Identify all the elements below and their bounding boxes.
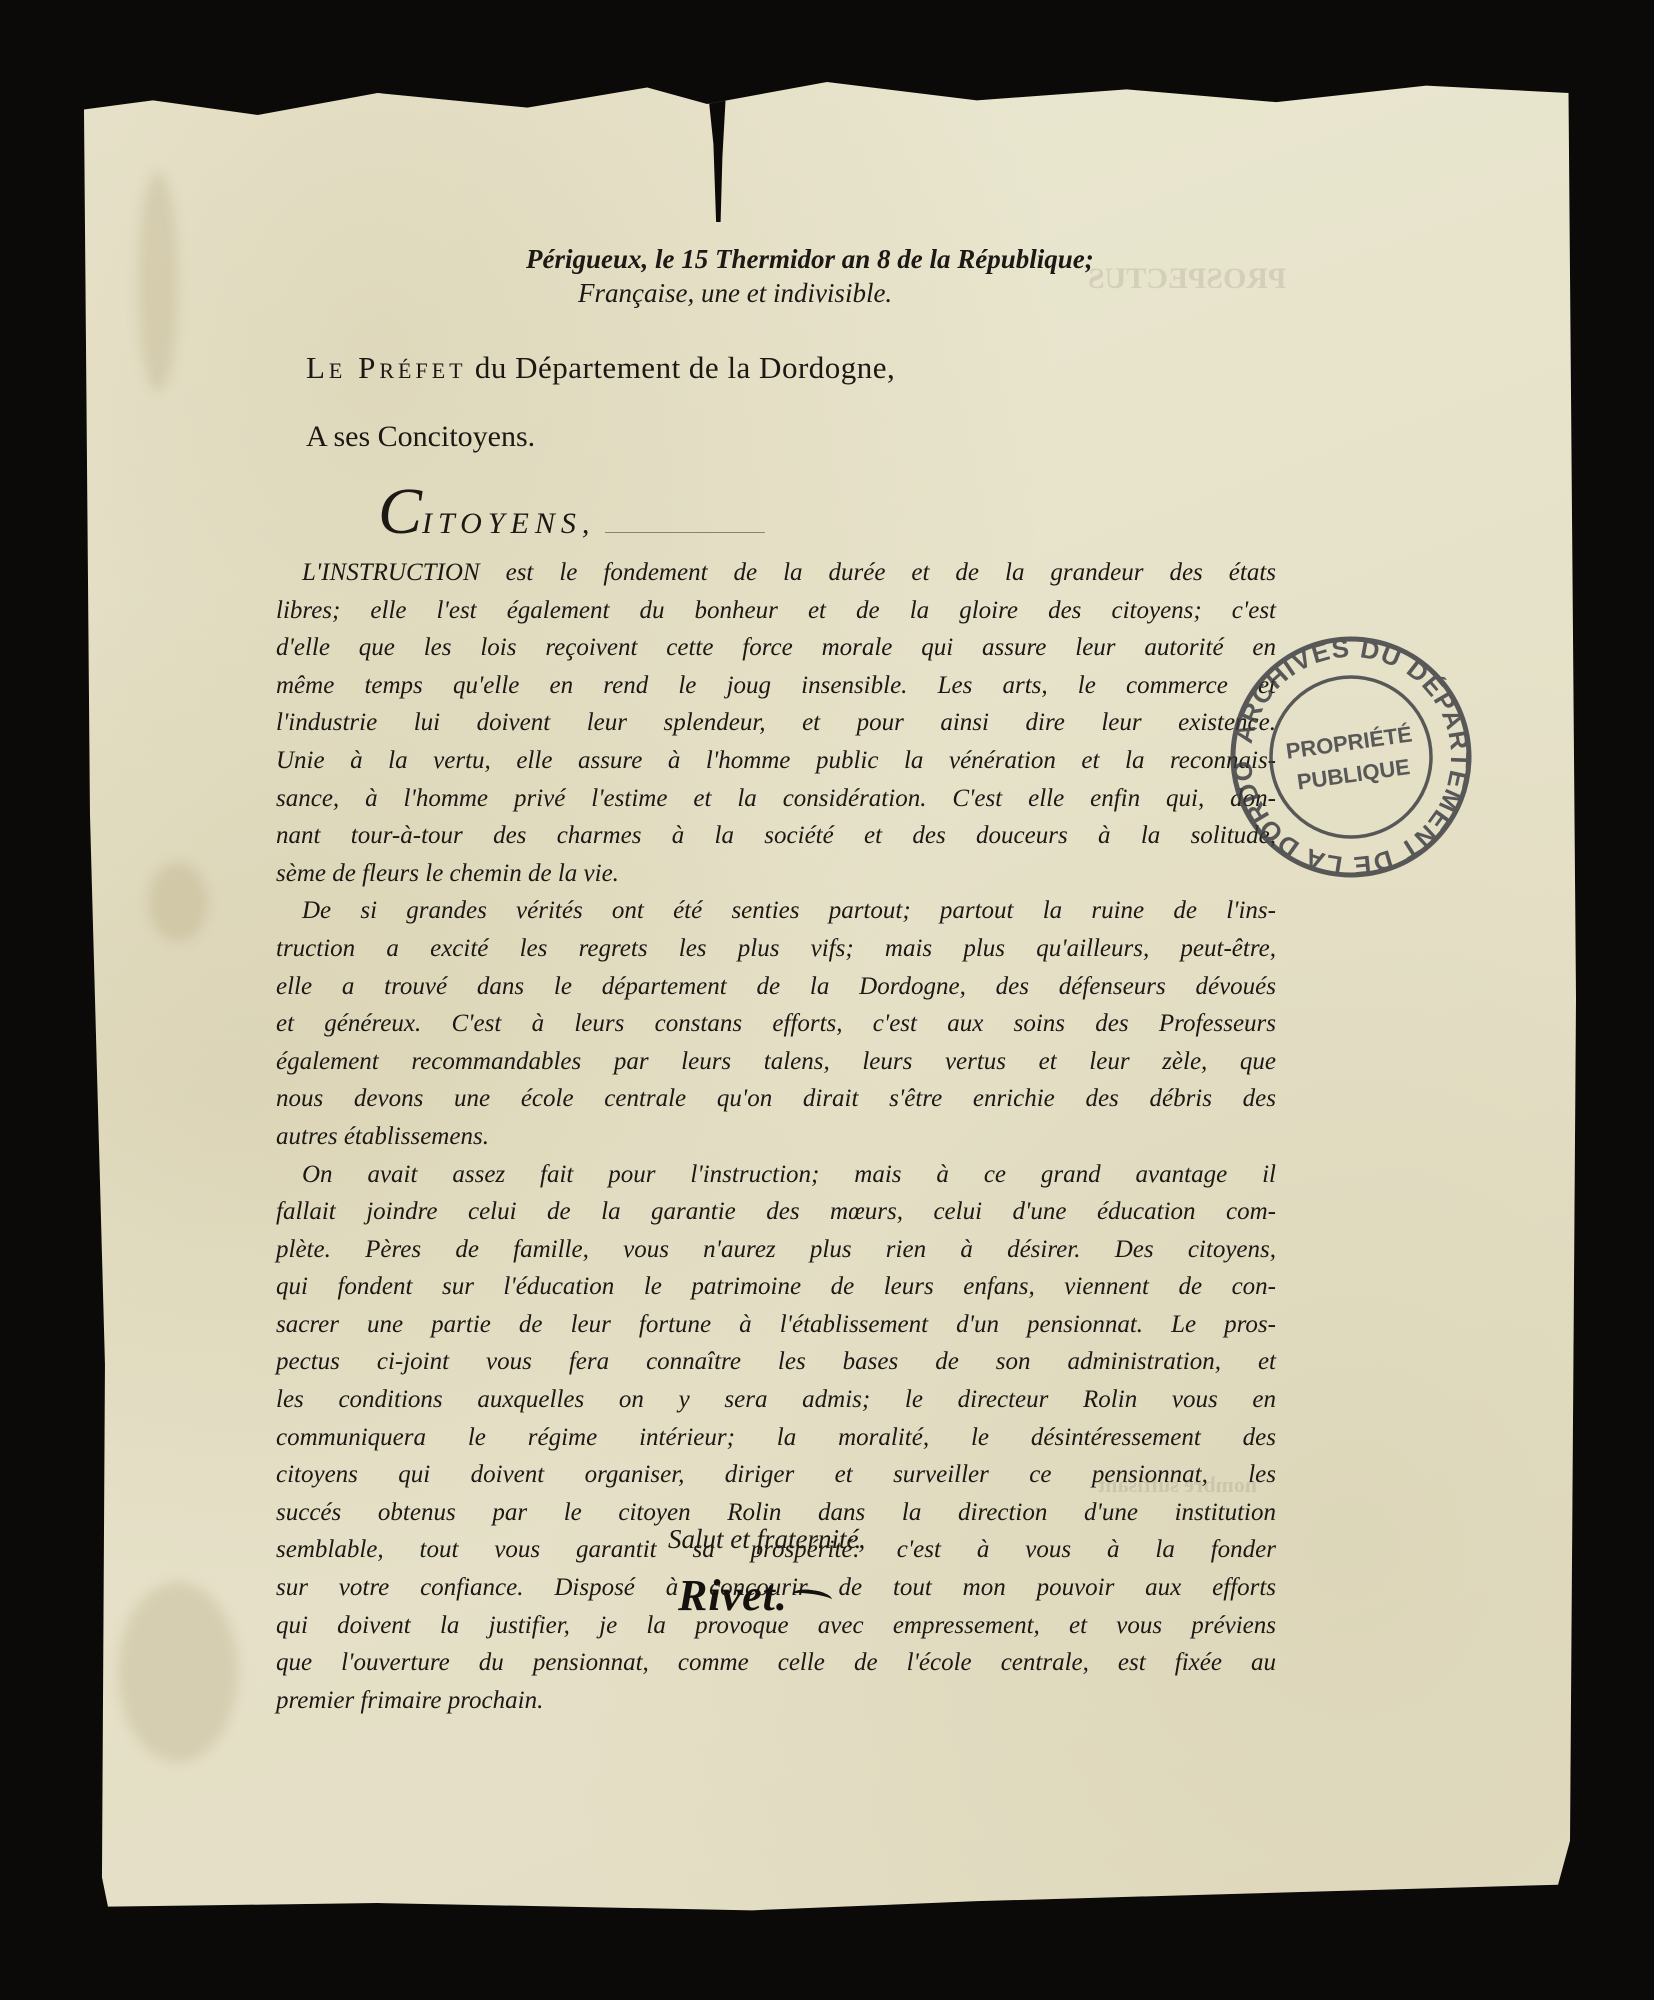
text-line: libres; elle l'est également du bonheur … — [276, 592, 1276, 630]
text-line: citoyens qui doivent organiser, diriger … — [276, 1456, 1276, 1494]
text-line: L'INSTRUCTION est le fondement de la dur… — [276, 554, 1276, 592]
text-line: sance, à l'homme privé l'estime et la co… — [276, 780, 1276, 818]
salutation: CITOYENS, — [378, 474, 765, 550]
salutation-rest: ITOYENS, — [422, 507, 595, 540]
salutation-initial: C — [378, 475, 422, 548]
text-line: fallait joindre celui de la garantie des… — [276, 1193, 1276, 1231]
text-line: les conditions auxquelles on y sera admi… — [276, 1381, 1276, 1419]
text-line: qui fondent sur l'éducation le patrimoin… — [276, 1268, 1276, 1306]
bleed-through-text: PROSPECTUS — [1088, 262, 1286, 296]
stamp-outer-text: ARCHIVES DU DÉPARTEMENT DE LA DORDOGNE - — [1226, 632, 1475, 881]
signature-text: Rivet. — [678, 1571, 788, 1620]
svg-text:ARCHIVES DU DÉPARTEMENT DE LA: ARCHIVES DU DÉPARTEMENT DE LA DORDOGNE - — [1226, 632, 1475, 881]
text-line: premier frimaire prochain. — [276, 1682, 1276, 1720]
text-line: communiquera le régime intérieur; la mor… — [276, 1419, 1276, 1457]
title-rest: du Département de la Dordogne, — [467, 350, 896, 385]
text-line: nant tour-à-tour des charmes à la sociét… — [276, 817, 1276, 855]
text-line: De si grandes vérités ont été senties pa… — [276, 892, 1276, 930]
text-line: même temps qu'elle en rend le joug insen… — [276, 667, 1276, 705]
signature: Rivet. — [678, 1570, 832, 1621]
dateline: Périgueux, le 15 Thermidor an 8 de la Ré… — [526, 242, 1094, 310]
text-line: On avait assez fait pour l'instruction; … — [276, 1156, 1276, 1194]
dateline-line1: Périgueux, le 15 Thermidor an 8 de la Ré… — [526, 244, 1085, 274]
water-stain — [138, 172, 178, 392]
text-line: sacrer une partie de leur fortune à l'ét… — [276, 1306, 1276, 1344]
title-smallcaps: Le Préfet — [306, 350, 467, 385]
decorative-rule — [605, 532, 765, 533]
paragraph-3: On avait assez fait pour l'instruction; … — [276, 1156, 1276, 1720]
text-line: plète. Pères de famille, vous n'aurez pl… — [276, 1231, 1276, 1269]
text-line: elle a trouvé dans le département de la … — [276, 968, 1276, 1006]
text-line: pectus ci-joint vous fera connaître les … — [276, 1343, 1276, 1381]
water-stain — [148, 862, 208, 942]
document-page: PROSPECTUS nombre suffisant Périgueux, l… — [78, 82, 1576, 1914]
addressee: A ses Concitoyens. — [306, 420, 535, 454]
document-title: Le Préfet du Département de la Dordogne, — [306, 350, 895, 386]
text-line: nous devons une école centrale qu'on dir… — [276, 1080, 1276, 1118]
paragraph-2: De si grandes vérités ont été senties pa… — [276, 892, 1276, 1155]
paper-tear — [708, 92, 726, 222]
archive-stamp: ARCHIVES DU DÉPARTEMENT DE LA DORDOGNE -… — [1226, 632, 1476, 882]
water-stain — [118, 1582, 238, 1762]
dateline-line2: Française, une et indivisible. — [526, 276, 1094, 310]
text-line: sème de fleurs le chemin de la vie. — [276, 855, 1276, 893]
text-line: d'elle que les lois reçoivent cette forc… — [276, 629, 1276, 667]
text-line: que l'ouverture du pensionnat, comme cel… — [276, 1644, 1276, 1682]
text-line: l'industrie lui doivent leur splendeur, … — [276, 704, 1276, 742]
text-line: autres établissemens. — [276, 1118, 1276, 1156]
closing-salutation: Salut et fraternité, — [668, 1524, 865, 1555]
text-line: truction a excité les regrets les plus v… — [276, 930, 1276, 968]
text-line: Unie à la vertu, elle assure à l'homme p… — [276, 742, 1276, 780]
text-line: également recommandables par leurs talen… — [276, 1043, 1276, 1081]
paragraph-1: L'INSTRUCTION est le fondement de la dur… — [276, 554, 1276, 892]
signature-flourish — [791, 1587, 833, 1606]
text-line: et généreux. C'est à leurs constans effo… — [276, 1005, 1276, 1043]
